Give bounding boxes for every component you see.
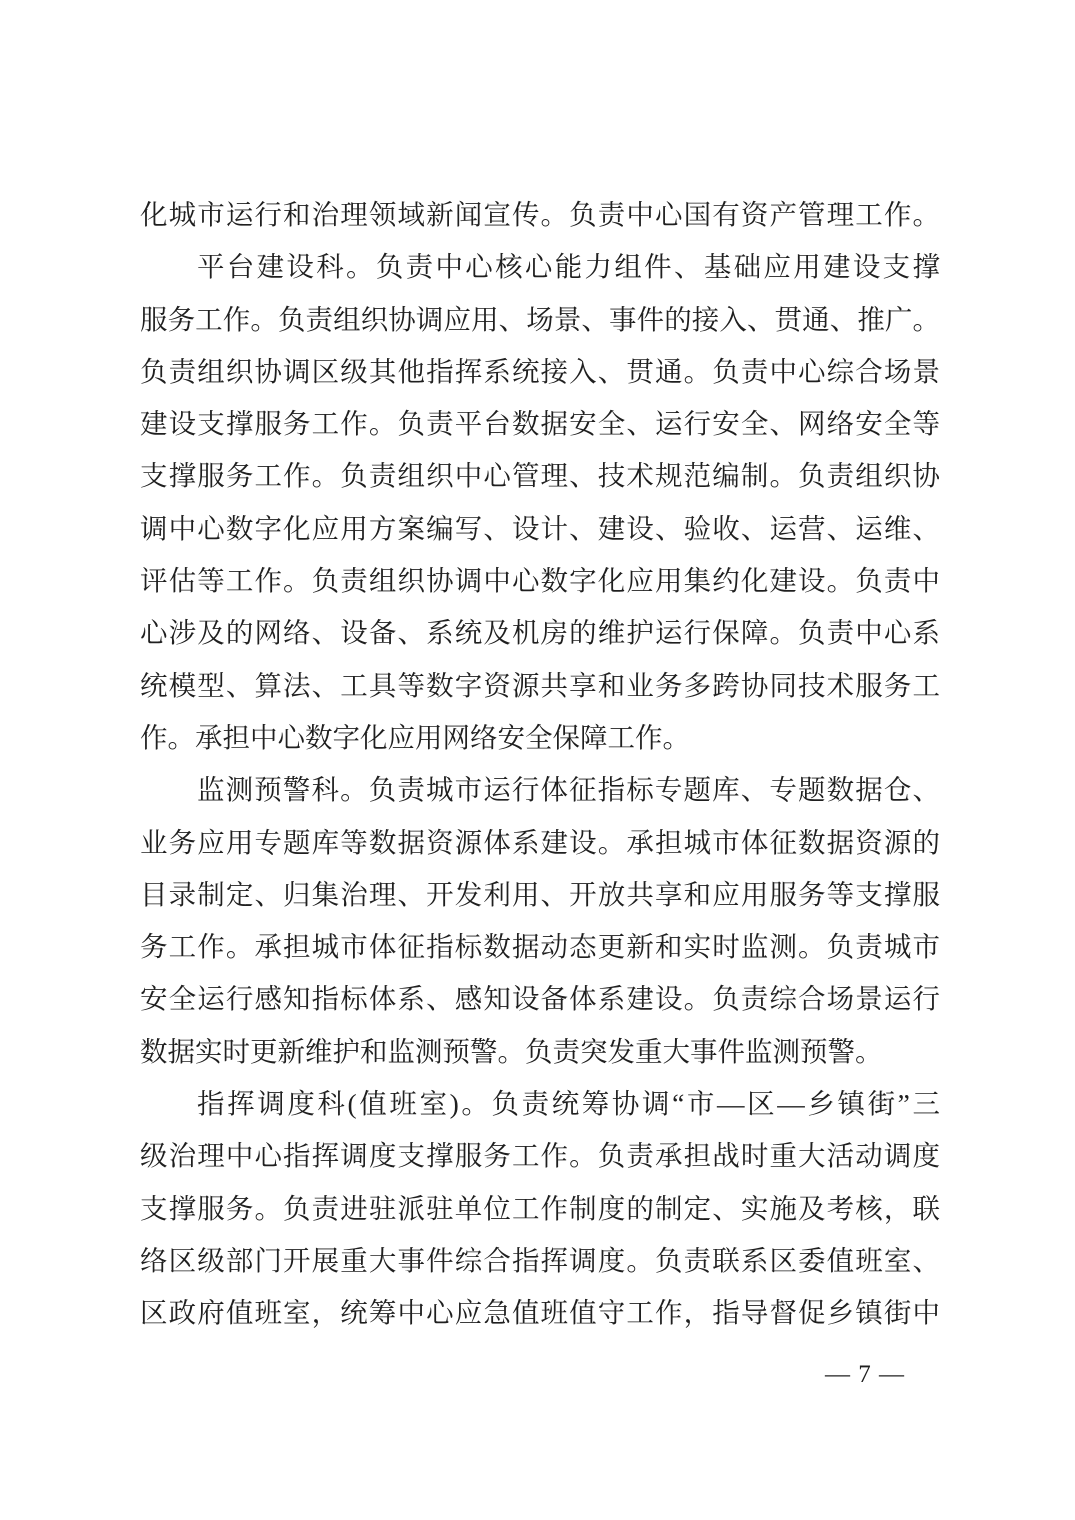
- text-line: 级治理中心指挥调度支撑服务工作。负责承担战时重大活动调度: [140, 1130, 940, 1182]
- text-line: 负责组织协调区级其他指挥系统接入、贯通。负责中心综合场景: [140, 346, 940, 398]
- text-line: 业务应用专题库等数据资源体系建设。承担城市体征数据资源的: [140, 817, 940, 869]
- text-line: 指挥调度科(值班室)。负责统筹协调“市—区—乡镇街”三: [140, 1078, 940, 1130]
- document-body: 化城市运行和治理领域新闻宣传。负责中心国有资产管理工作。平台建设科。负责中心核心…: [140, 189, 940, 1340]
- text-line: 区政府值班室，统筹中心应急值班值守工作，指导督促乡镇街中: [140, 1287, 940, 1339]
- text-line: 支撑服务工作。负责组织中心管理、技术规范编制。负责组织协: [140, 450, 940, 502]
- text-line: 络区级部门开展重大事件综合指挥调度。负责联系区委值班室、: [140, 1235, 940, 1287]
- text-line: 平台建设科。负责中心核心能力组件、基础应用建设支撑: [140, 241, 940, 293]
- page-number: — 7 —: [825, 1360, 905, 1390]
- text-line: 心涉及的网络、设备、系统及机房的维护运行保障。负责中心系: [140, 607, 940, 659]
- document-page: 化城市运行和治理领域新闻宣传。负责中心国有资产管理工作。平台建设科。负责中心核心…: [0, 0, 1075, 1520]
- text-line: 服务工作。负责组织协调应用、场景、事件的接入、贯通、推广。: [140, 294, 940, 346]
- text-line: 数据实时更新维护和监测预警。负责突发重大事件监测预警。: [140, 1026, 940, 1078]
- text-line: 调中心数字化应用方案编写、设计、建设、验收、运营、运维、: [140, 503, 940, 555]
- text-line: 务工作。承担城市体征指标数据动态更新和实时监测。负责城市: [140, 921, 940, 973]
- text-line: 作。承担中心数字化应用网络安全保障工作。: [140, 712, 940, 764]
- text-line: 化城市运行和治理领域新闻宣传。负责中心国有资产管理工作。: [140, 189, 940, 241]
- text-line: 统模型、算法、工具等数字资源共享和业务多跨协同技术服务工: [140, 660, 940, 712]
- text-line: 目录制定、归集治理、开发利用、开放共享和应用服务等支撑服: [140, 869, 940, 921]
- text-line: 支撑服务。负责进驻派驻单位工作制度的制定、实施及考核，联: [140, 1183, 940, 1235]
- text-line: 监测预警科。负责城市运行体征指标专题库、专题数据仓、: [140, 764, 940, 816]
- text-line: 评估等工作。负责组织协调中心数字化应用集约化建设。负责中: [140, 555, 940, 607]
- text-line: 建设支撑服务工作。负责平台数据安全、运行安全、网络安全等: [140, 398, 940, 450]
- text-line: 安全运行感知指标体系、感知设备体系建设。负责综合场景运行: [140, 973, 940, 1025]
